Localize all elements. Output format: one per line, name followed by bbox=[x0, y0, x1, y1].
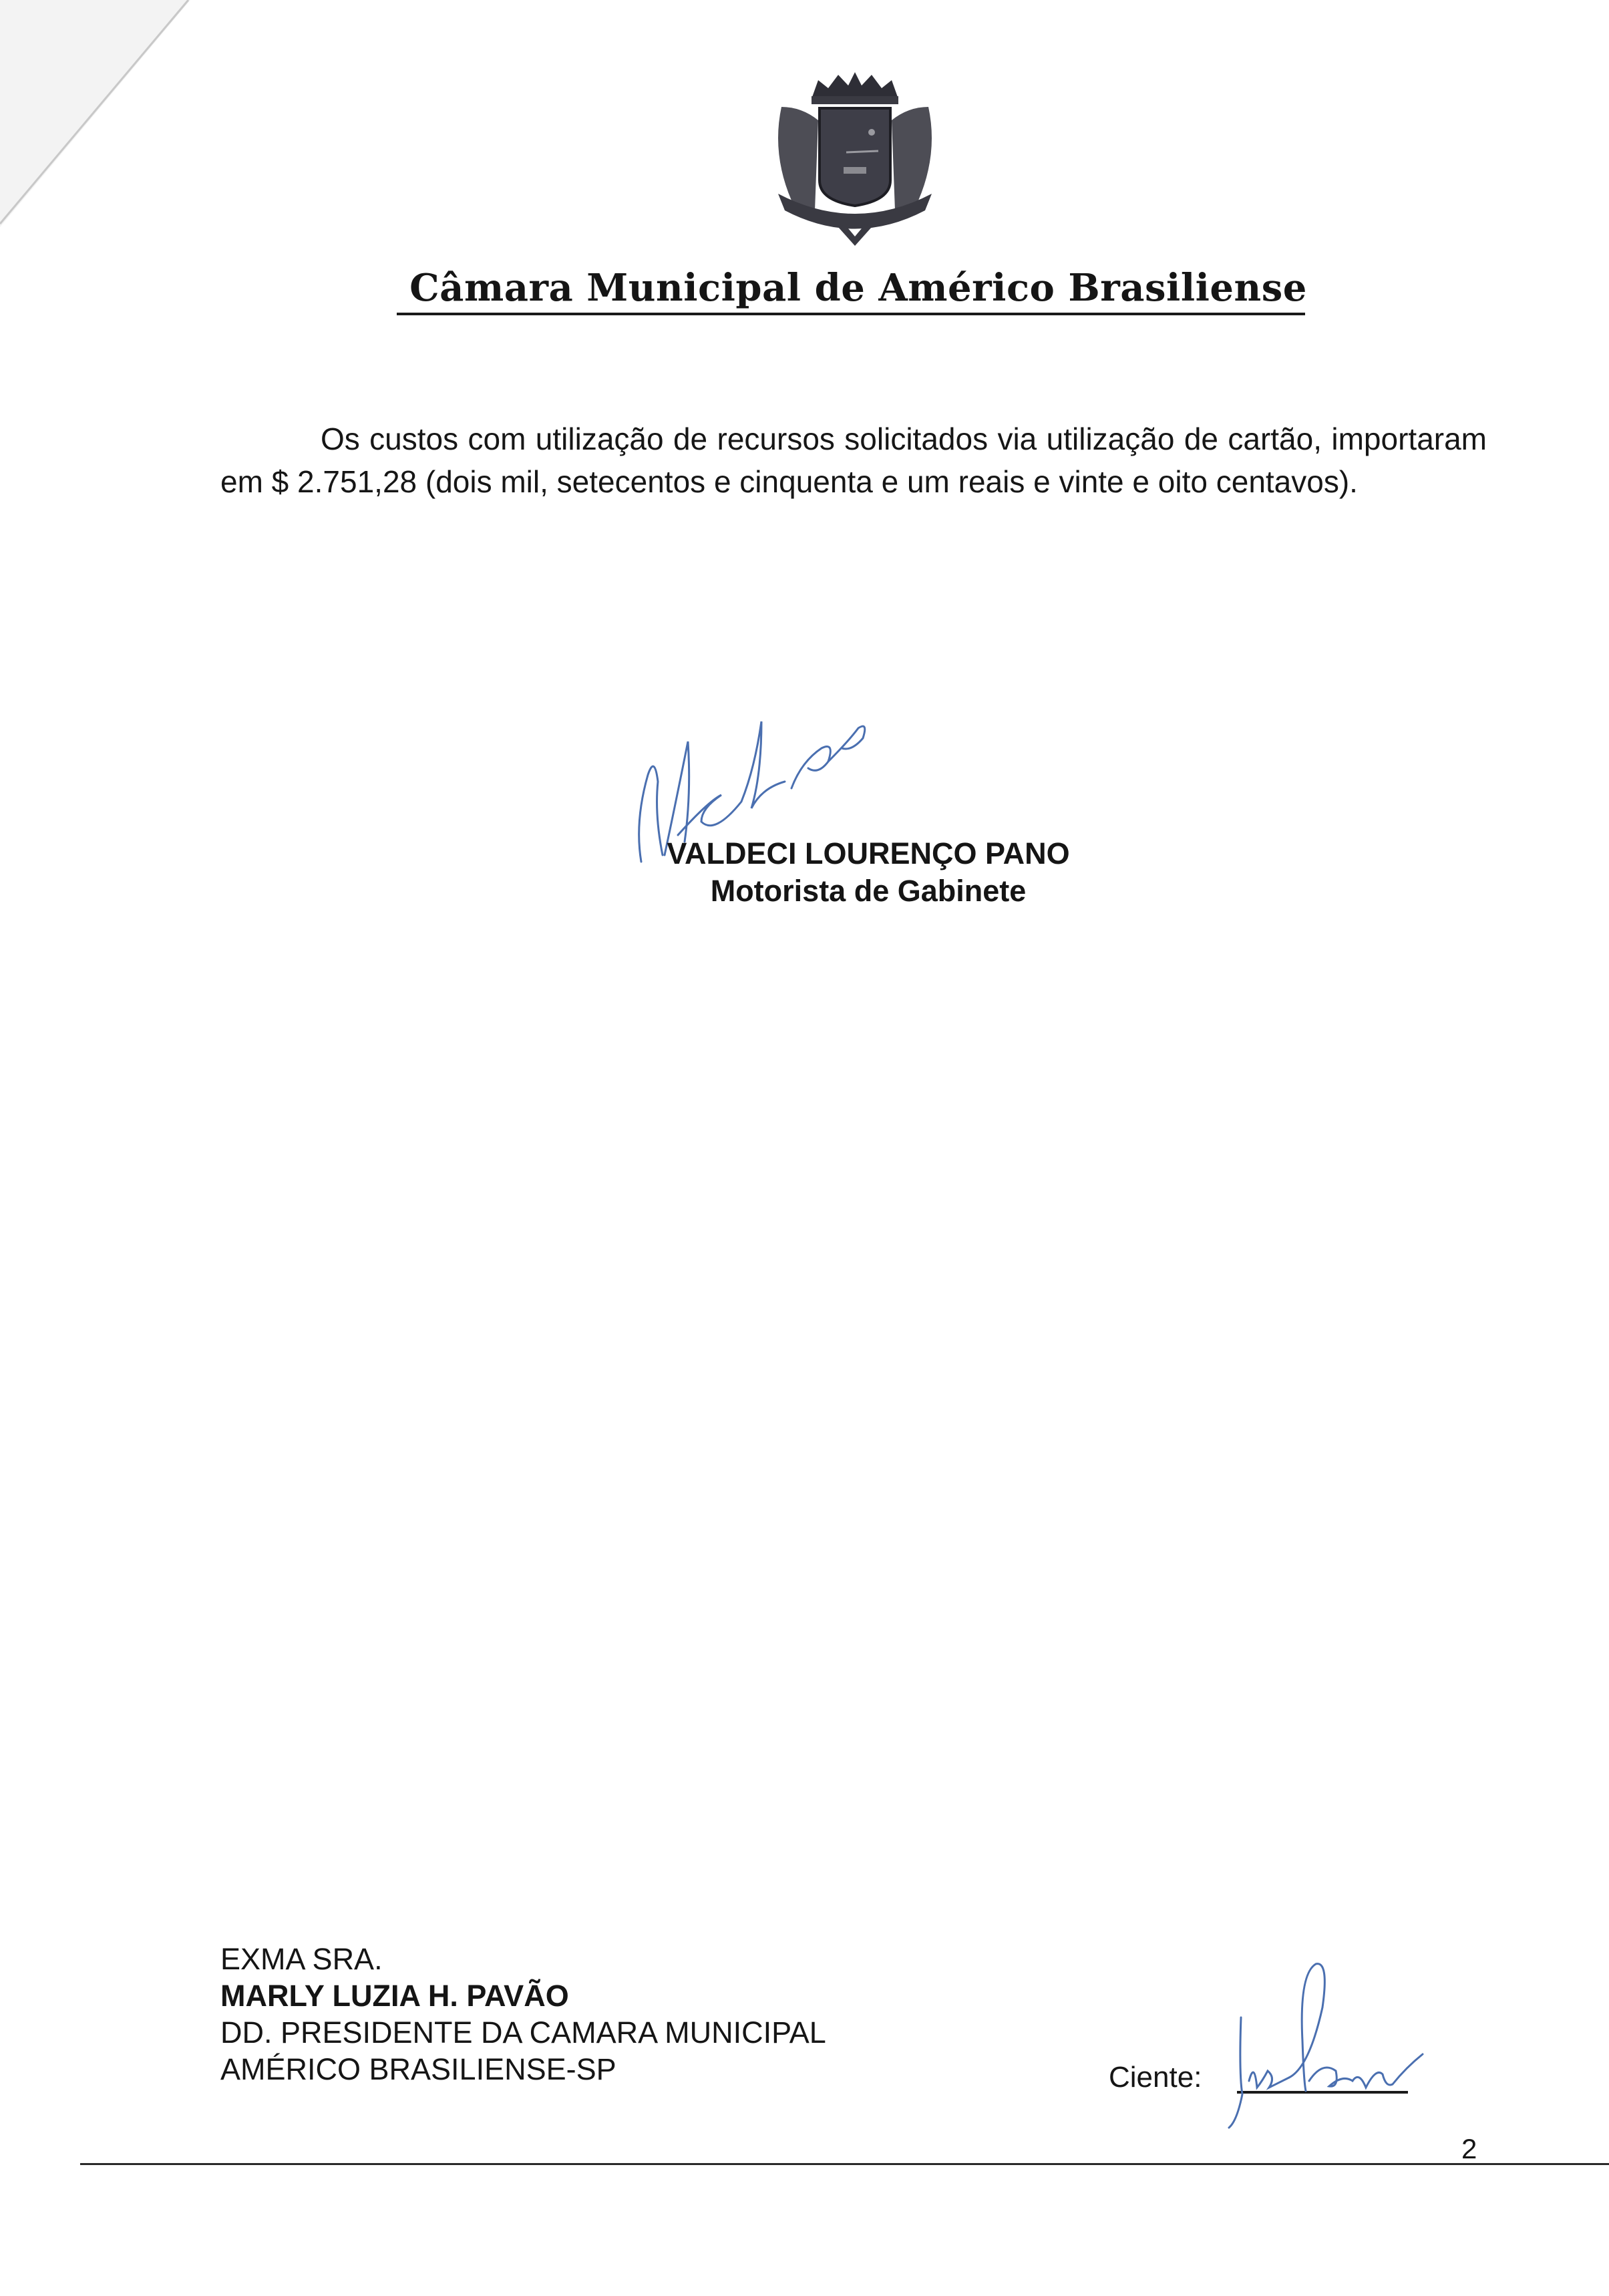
addressee-name: MARLY LUZIA H. PAVÃO bbox=[220, 1977, 826, 2014]
addressee-location: AMÉRICO BRASILIENSE-SP bbox=[220, 2051, 826, 2088]
body-paragraph: Os custos com utilização de recursos sol… bbox=[220, 418, 1487, 503]
addressee-block: EXMA SRA. MARLY LUZIA H. PAVÃO DD. PRESI… bbox=[220, 1941, 826, 2088]
municipal-coat-of-arms-icon bbox=[765, 67, 945, 247]
signer-role: Motorista de Gabinete bbox=[468, 874, 1269, 909]
institution-title: Câmara Municipal de Américo Brasiliense bbox=[394, 266, 1322, 310]
scan-corner-fold bbox=[0, 0, 200, 227]
page-number: 2 bbox=[1461, 2133, 1477, 2165]
addressee-salutation: EXMA SRA. bbox=[220, 1941, 826, 1977]
addressee-title: DD. PRESIDENTE DA CAMARA MUNICIPAL bbox=[220, 2014, 826, 2051]
header-underline bbox=[397, 313, 1305, 315]
acknowledgement-label: Ciente: bbox=[1109, 2061, 1202, 2094]
handwritten-signature-icon bbox=[1222, 1954, 1536, 2148]
footer-rule bbox=[80, 2163, 1609, 2165]
signer-name: VALDECI LOURENÇO PANO bbox=[468, 836, 1269, 871]
